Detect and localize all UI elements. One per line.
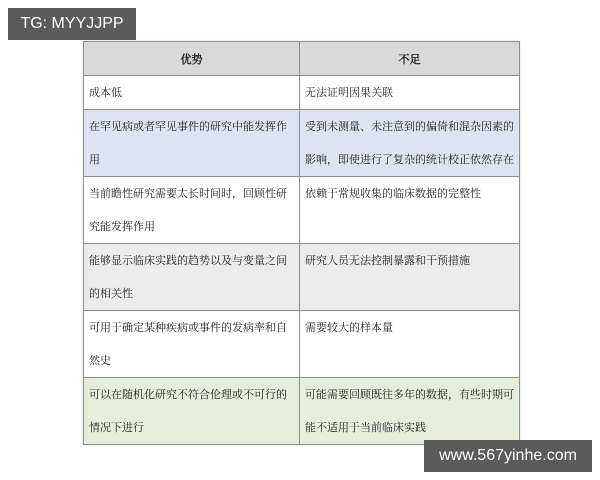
table-row: 成本低 无法证明因果关联 [84, 76, 520, 110]
disadvantage-cell: 可能需要回顾既往多年的数据，有些时期可能不适用于当前临床实践 [300, 378, 520, 445]
advantage-cell: 当前瞻性研究需要太长时间时，回顾性研究能发挥作用 [84, 177, 300, 244]
table-row: 能够显示临床实践的趋势以及与变量之间的相关性 研究人员无法控制暴露和干预措施 [84, 244, 520, 311]
advantage-cell: 能够显示临床实践的趋势以及与变量之间的相关性 [84, 244, 300, 311]
watermark-top-left: TG: MYYJJPP [8, 8, 136, 40]
disadvantage-cell: 研究人员无法控制暴露和干预措施 [300, 244, 520, 311]
disadvantage-cell: 受到未测量、未注意到的偏倚和混杂因素的影响，即使进行了复杂的统计校正依然存在 [300, 110, 520, 177]
advantage-cell: 在罕见病或者罕见事件的研究中能发挥作用 [84, 110, 300, 177]
table-row: 当前瞻性研究需要太长时间时，回顾性研究能发挥作用 依赖于常规收集的临床数据的完整… [84, 177, 520, 244]
advantage-cell: 可以在随机化研究不符合伦理或不可行的情况下进行 [84, 378, 300, 445]
watermark-bottom-right: www.567yinhe.com [424, 440, 592, 472]
table-row: 可用于确定某种疾病或事件的发病率和自然史 需要较大的样本量 [84, 311, 520, 378]
advantage-cell: 可用于确定某种疾病或事件的发病率和自然史 [84, 311, 300, 378]
header-disadvantages: 不足 [300, 42, 520, 76]
disadvantage-cell: 无法证明因果关联 [300, 76, 520, 110]
disadvantage-cell: 依赖于常规收集的临床数据的完整性 [300, 177, 520, 244]
table-row: 可以在随机化研究不符合伦理或不可行的情况下进行 可能需要回顾既往多年的数据，有些… [84, 378, 520, 445]
comparison-table: 优势 不足 成本低 无法证明因果关联 在罕见病或者罕见事件的研究中能发挥作用 受… [83, 41, 520, 445]
table-row: 在罕见病或者罕见事件的研究中能发挥作用 受到未测量、未注意到的偏倚和混杂因素的影… [84, 110, 520, 177]
disadvantage-cell: 需要较大的样本量 [300, 311, 520, 378]
advantage-cell: 成本低 [84, 76, 300, 110]
table-header-row: 优势 不足 [84, 42, 520, 76]
header-advantages: 优势 [84, 42, 300, 76]
